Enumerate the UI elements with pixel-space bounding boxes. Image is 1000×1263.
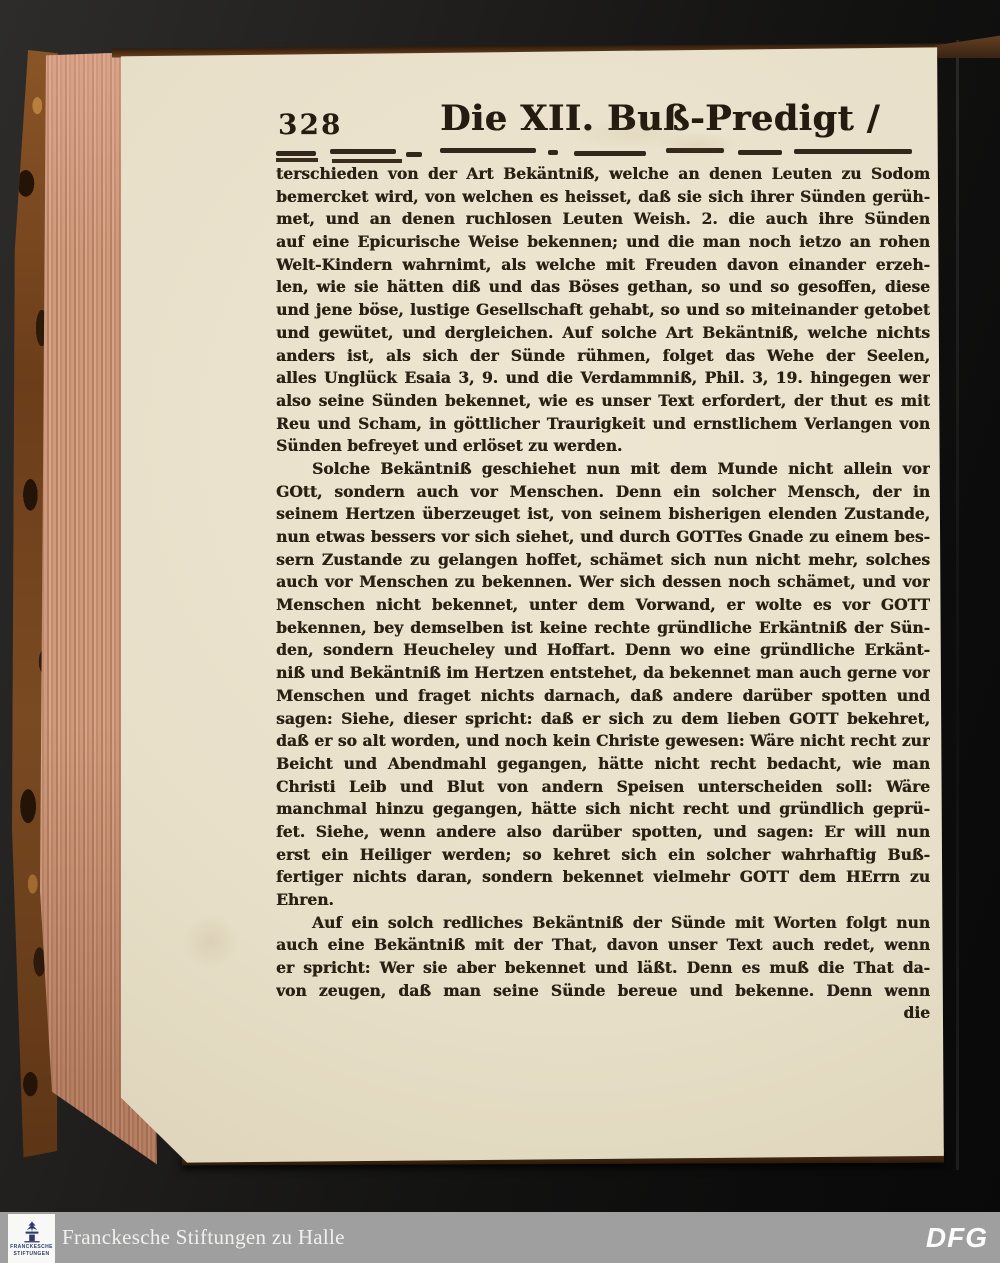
text-line: Sünden befreyet und erlöset zu werden. [276, 435, 930, 458]
text-line: seinem Hertzen überzeuget ist, von seine… [276, 503, 930, 526]
text-line: len, wie sie hätten diß und das Böses ge… [276, 276, 930, 299]
text-line: nun etwas bessers vor sich siehet, und d… [276, 526, 930, 549]
screenshot-stage: 328 Die XII. Buß-Predigt / terschieden v… [0, 0, 1000, 1263]
rule-dash [330, 149, 396, 154]
page-title: Die XII. Buß-Predigt / [370, 98, 950, 139]
text-line: anders ist, als sich der Sünde rühmen, f… [276, 345, 930, 368]
text-line: fertiger nichts daran, sondern bekennet … [276, 866, 930, 889]
text-line: auch vor Menschen zu bekennen. Wer sich … [276, 571, 930, 594]
text-line: terschieden von der Art Bekäntniß, welch… [276, 163, 930, 186]
text-line: niß und Bekäntniß im Hertzen entstehet, … [276, 662, 930, 685]
text-line: Reu und Scham, in göttlicher Traurigkeit… [276, 413, 930, 436]
text-line: Welt-Kindern wahrnimt, als welche mit Fr… [276, 254, 930, 277]
institution-name: Franckesche Stiftungen zu Halle [62, 1212, 345, 1263]
rule-dash [738, 150, 782, 155]
rule-dash [406, 152, 422, 157]
rule-dash [276, 151, 316, 156]
text-line: GOtt, sondern auch vor Menschen. Denn ei… [276, 481, 930, 504]
text-line: Solche Bekäntniß geschiehet nun mit dem … [276, 458, 930, 481]
text-line: manchmal hinzu gegangen, hätte sich nich… [276, 798, 930, 821]
text-line: bekennen, bey demselben ist keine rechte… [276, 617, 930, 640]
rule-dash [440, 148, 536, 153]
text-line: sagen: Siehe, dieser spricht: daß er sic… [276, 708, 930, 731]
text-line: von zeugen, daß man seine Sünde bereue u… [276, 980, 930, 1003]
text-line: er spricht: Wer sie aber bekennet und lä… [276, 957, 930, 980]
eagle-sun-logo-icon [20, 1220, 44, 1244]
text-line: fet. Siehe, wenn andere also darüber spo… [276, 821, 930, 844]
text-line: auch eine Bekäntniß mit der That, davon … [276, 934, 930, 957]
text-line: Christi Leib und Blut von andern Speisen… [276, 776, 930, 799]
logo-text-line1: FRANCKESCHE [10, 1245, 53, 1251]
scanned-page: 328 Die XII. Buß-Predigt / terschieden v… [110, 44, 948, 1166]
text-line: Ehren. [276, 889, 930, 912]
text-line: und gewütet, und dergleichen. Auf solche… [276, 322, 930, 345]
text-line: bemercket wird, von welchen es heisset, … [276, 186, 930, 209]
body-text: terschieden von der Art Bekäntniß, welch… [276, 163, 930, 1025]
text-line: auf eine Epicurische Weise bekennen; und… [276, 231, 930, 254]
text-line: den, sondern Heucheley und Hoffart. Denn… [276, 639, 930, 662]
rule-dash [666, 148, 724, 153]
text-line: sern Zustande zu gelangen hoffet, schäme… [276, 549, 930, 572]
text-line: met, und an denen ruchlosen Leuten Weish… [276, 208, 930, 231]
catchword: die [276, 1002, 930, 1025]
text-line: erst ein Heiliger werden; so kehret sich… [276, 844, 930, 867]
rule-dash [794, 149, 912, 154]
text-line: daß er so alt worden, und noch kein Chri… [276, 730, 930, 753]
rule-dash [548, 150, 558, 155]
footer-bar: FRANCKESCHE STIFTUNGEN Franckesche Stift… [0, 1212, 1000, 1263]
text-line: Auf ein solch redliches Bekäntniß der Sü… [276, 912, 930, 935]
text-line: Menschen und fraget nichts darnach, daß … [276, 685, 930, 708]
text-line: Menschen nicht bekennet, unter dem Vorwa… [276, 594, 930, 617]
page-number: 328 [278, 108, 342, 141]
text-line: und jene böse, lustige Gesellschaft geha… [276, 299, 930, 322]
text-line: alles Unglück Esaia 3, 9. und die Verdam… [276, 367, 930, 390]
franckesche-stiftungen-logo: FRANCKESCHE STIFTUNGEN [8, 1214, 55, 1263]
dfg-logo: DFG [926, 1212, 988, 1263]
rule-dash [276, 158, 318, 162]
text-line: also seine Sünden bekennet, wie es unser… [276, 390, 930, 413]
text-line: Beicht und Abendmahl gegangen, hätte nic… [276, 753, 930, 776]
rule-dash [574, 151, 646, 156]
logo-text-line2: STIFTUNGEN [14, 1252, 50, 1258]
cover-highlight-streak [956, 40, 959, 1170]
